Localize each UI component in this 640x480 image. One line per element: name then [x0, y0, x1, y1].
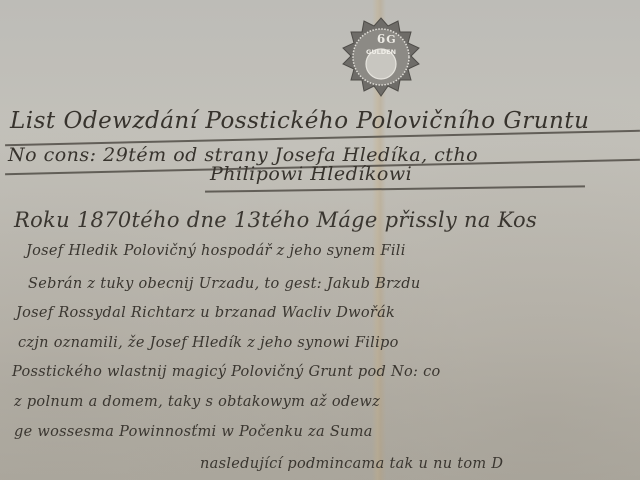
svg-text:G: G	[386, 33, 395, 46]
stamp-icon: 6 G GULDEN	[335, 16, 427, 98]
title-line-3: Philipowi Hledíkowi	[210, 163, 412, 185]
body-line-9: nasledující podmincama tak u nu tom D	[200, 456, 503, 472]
body-line-1: Roku 1870tého dne 13tého Máge přissly na…	[14, 208, 537, 232]
title-line-1: List Odewzdání Posstického Polovičního G…	[10, 108, 589, 134]
svg-text:GULDEN: GULDEN	[366, 48, 396, 56]
body-line-7: z polnum a domem, taky s obtakowym až od…	[14, 394, 380, 410]
svg-text:6: 6	[377, 32, 385, 46]
body-line-8: ge wossesma Powinnosťmi w Počenku za Sum…	[14, 424, 373, 440]
body-line-5: czjn oznamili, že Josef Hledík z jeho sy…	[18, 335, 399, 351]
body-line-3: Sebrán z tuky obecnij Urzadu, to gest: J…	[28, 276, 421, 292]
revenue-stamp: 6 G GULDEN	[335, 16, 427, 98]
body-line-6: Posstického wlastnij magicý Polovičný Gr…	[12, 364, 441, 380]
body-line-2: Josef Hledik Polovičný hospodář z jeho s…	[26, 243, 406, 259]
body-line-4: Josef Rossydal Richtarz u brzanad Wacliv…	[16, 305, 395, 321]
